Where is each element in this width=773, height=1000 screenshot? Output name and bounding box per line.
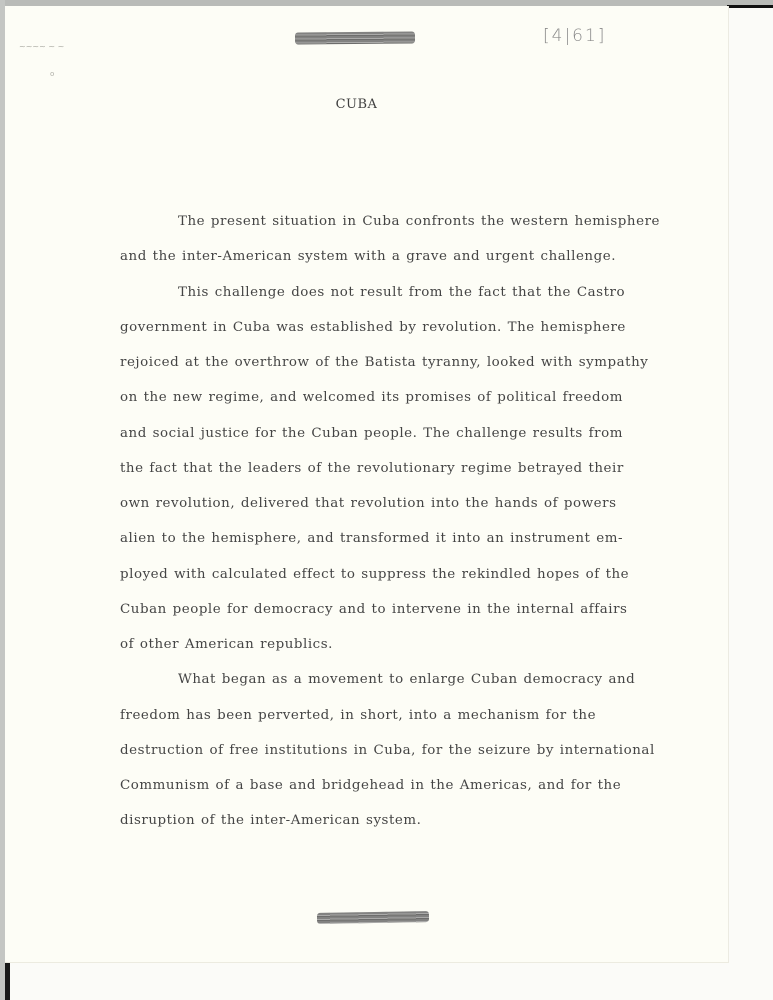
body-line: and the inter-American system with a gra… [120,249,616,264]
body-line: the fact that the leaders of the revolut… [120,461,624,476]
body-line: destruction of free institutions in Cuba… [120,743,655,758]
body-line: own revolution, delivered that revolutio… [120,496,617,511]
scan-edge-dark-left [5,962,10,1000]
classification-marking-bottom: CONFIDENTIAL [317,911,429,924]
body-line: disruption of the inter-American system. [120,813,421,828]
classification-marking-top: CONFIDENTIAL [295,31,415,44]
margin-mark: o [50,70,54,78]
body-line: government in Cuba was established by re… [120,320,626,335]
body-line: rejoiced at the overthrow of the Batista… [120,355,648,370]
body-line: The present situation in Cuba confronts … [178,214,660,229]
handwritten-date: [4|61] [543,26,606,46]
document-page: ~~~~ ~ ~ o CONFIDENTIAL [4|61] CUBA The … [5,6,729,963]
scan-edge-dark-right [727,5,773,8]
body-line: and social justice for the Cuban people.… [120,426,623,441]
body-line: What began as a movement to enlarge Cuba… [178,672,635,687]
body-line: alien to the hemisphere, and transformed… [120,531,623,546]
document-title: CUBA [5,97,708,112]
body-line: on the new regime, and welcomed its prom… [120,390,623,405]
body-line: of other American republics. [120,637,333,652]
body-line: Communism of a base and bridgehead in th… [120,778,621,793]
body-line: freedom has been perverted, in short, in… [120,708,596,723]
margin-scribble: ~~~~ ~ ~ [19,42,64,51]
body-line: This challenge does not result from the … [178,285,625,300]
body-line: Cuban people for democracy and to interv… [120,602,627,617]
body-line: ployed with calculated effect to suppres… [120,567,629,582]
